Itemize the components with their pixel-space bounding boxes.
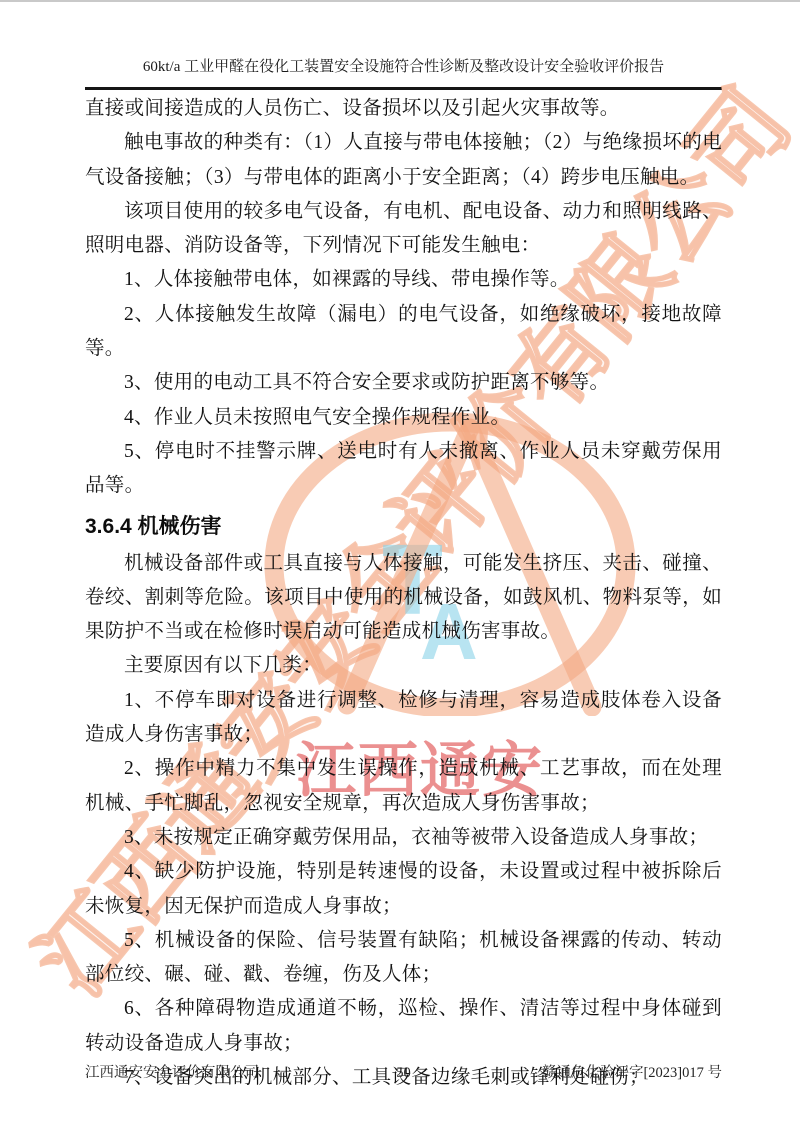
paragraph: 3、未按规定正确穿戴劳保用品，衣袖等被带入设备造成人身事故； <box>85 821 722 855</box>
paragraph: 5、停电时不挂警示牌、送电时有人未撤离、作业人员未穿戴劳保用品等。 <box>85 435 722 504</box>
document-body: 直接或间接造成的人员伤亡、设备损坏以及引起火灾事故等。触电事故的种类有：（1）人… <box>85 92 722 1095</box>
paragraph: 机械设备部件或工具直接与人体接触，可能发生挤压、夹击、碰撞、卷绞、割刺等危险。该… <box>85 547 722 650</box>
paragraph: 1、人体接触带电体，如裸露的导线、带电操作等。 <box>85 263 722 297</box>
paragraph: 直接或间接造成的人员伤亡、设备损坏以及引起火灾事故等。 <box>85 92 722 126</box>
paragraph: 1、不停车即对设备进行调整、检修与清理，容易造成肢体卷入设备造成人身伤害事故； <box>85 684 722 753</box>
page-footer: 江西通安安全评价有限公司 50 赣通危化验评字[2023]017 号 <box>85 1062 722 1084</box>
paragraph: 4、缺少防护设施，特别是转速慢的设备，未设置或过程中被拆除后未恢复，因无保护而造… <box>85 855 722 924</box>
document-page: 江西通安安全评价有限公司 T A 江西通安 60kt/a 工业甲醛在役化工装置安… <box>0 0 800 1131</box>
footer-doc-number: 赣通危化验评字[2023]017 号 <box>542 1062 722 1084</box>
paragraph: 2、操作中精力不集中发生误操作，造成机械、工艺事故，而在处理机械、手忙脚乱，忽视… <box>85 752 722 821</box>
paragraph: 主要原因有以下几类： <box>85 649 722 683</box>
page-top-edge <box>0 0 800 2</box>
paragraph: 该项目使用的较多电气设备，有电机、配电设备、动力和照明线路、照明电器、消防设备等… <box>85 195 722 264</box>
header-title: 60kt/a 工业甲醛在役化工装置安全设施符合性诊断及整改设计安全验收评价报告 <box>143 59 664 75</box>
paragraph: 6、各种障碍物造成通道不畅，巡检、操作、清洁等过程中身体碰到转动设备造成人身事故… <box>85 992 722 1061</box>
page-header: 60kt/a 工业甲醛在役化工装置安全设施符合性诊断及整改设计安全验收评价报告 <box>85 56 722 78</box>
paragraph: 3、使用的电动工具不符合安全要求或防护距离不够等。 <box>85 366 722 400</box>
paragraph: 触电事故的种类有：（1）人直接与带电体接触；（2）与绝缘损坏的电气设备接触；（3… <box>85 126 722 195</box>
paragraph: 5、机械设备的保险、信号装置有缺陷；机械设备裸露的传动、转动部位绞、碾、碰、戳、… <box>85 924 722 993</box>
section-heading: 3.6.4 机械伤害 <box>85 510 722 543</box>
paragraph: 4、作业人员未按照电气安全操作规程作业。 <box>85 401 722 435</box>
header-rule <box>85 87 722 90</box>
footer-page-number: 50 <box>396 1062 411 1084</box>
paragraph: 2、人体接触发生故障（漏电）的电气设备，如绝缘破坏，接地故障等。 <box>85 298 722 367</box>
footer-company: 江西通安安全评价有限公司 <box>85 1062 259 1084</box>
